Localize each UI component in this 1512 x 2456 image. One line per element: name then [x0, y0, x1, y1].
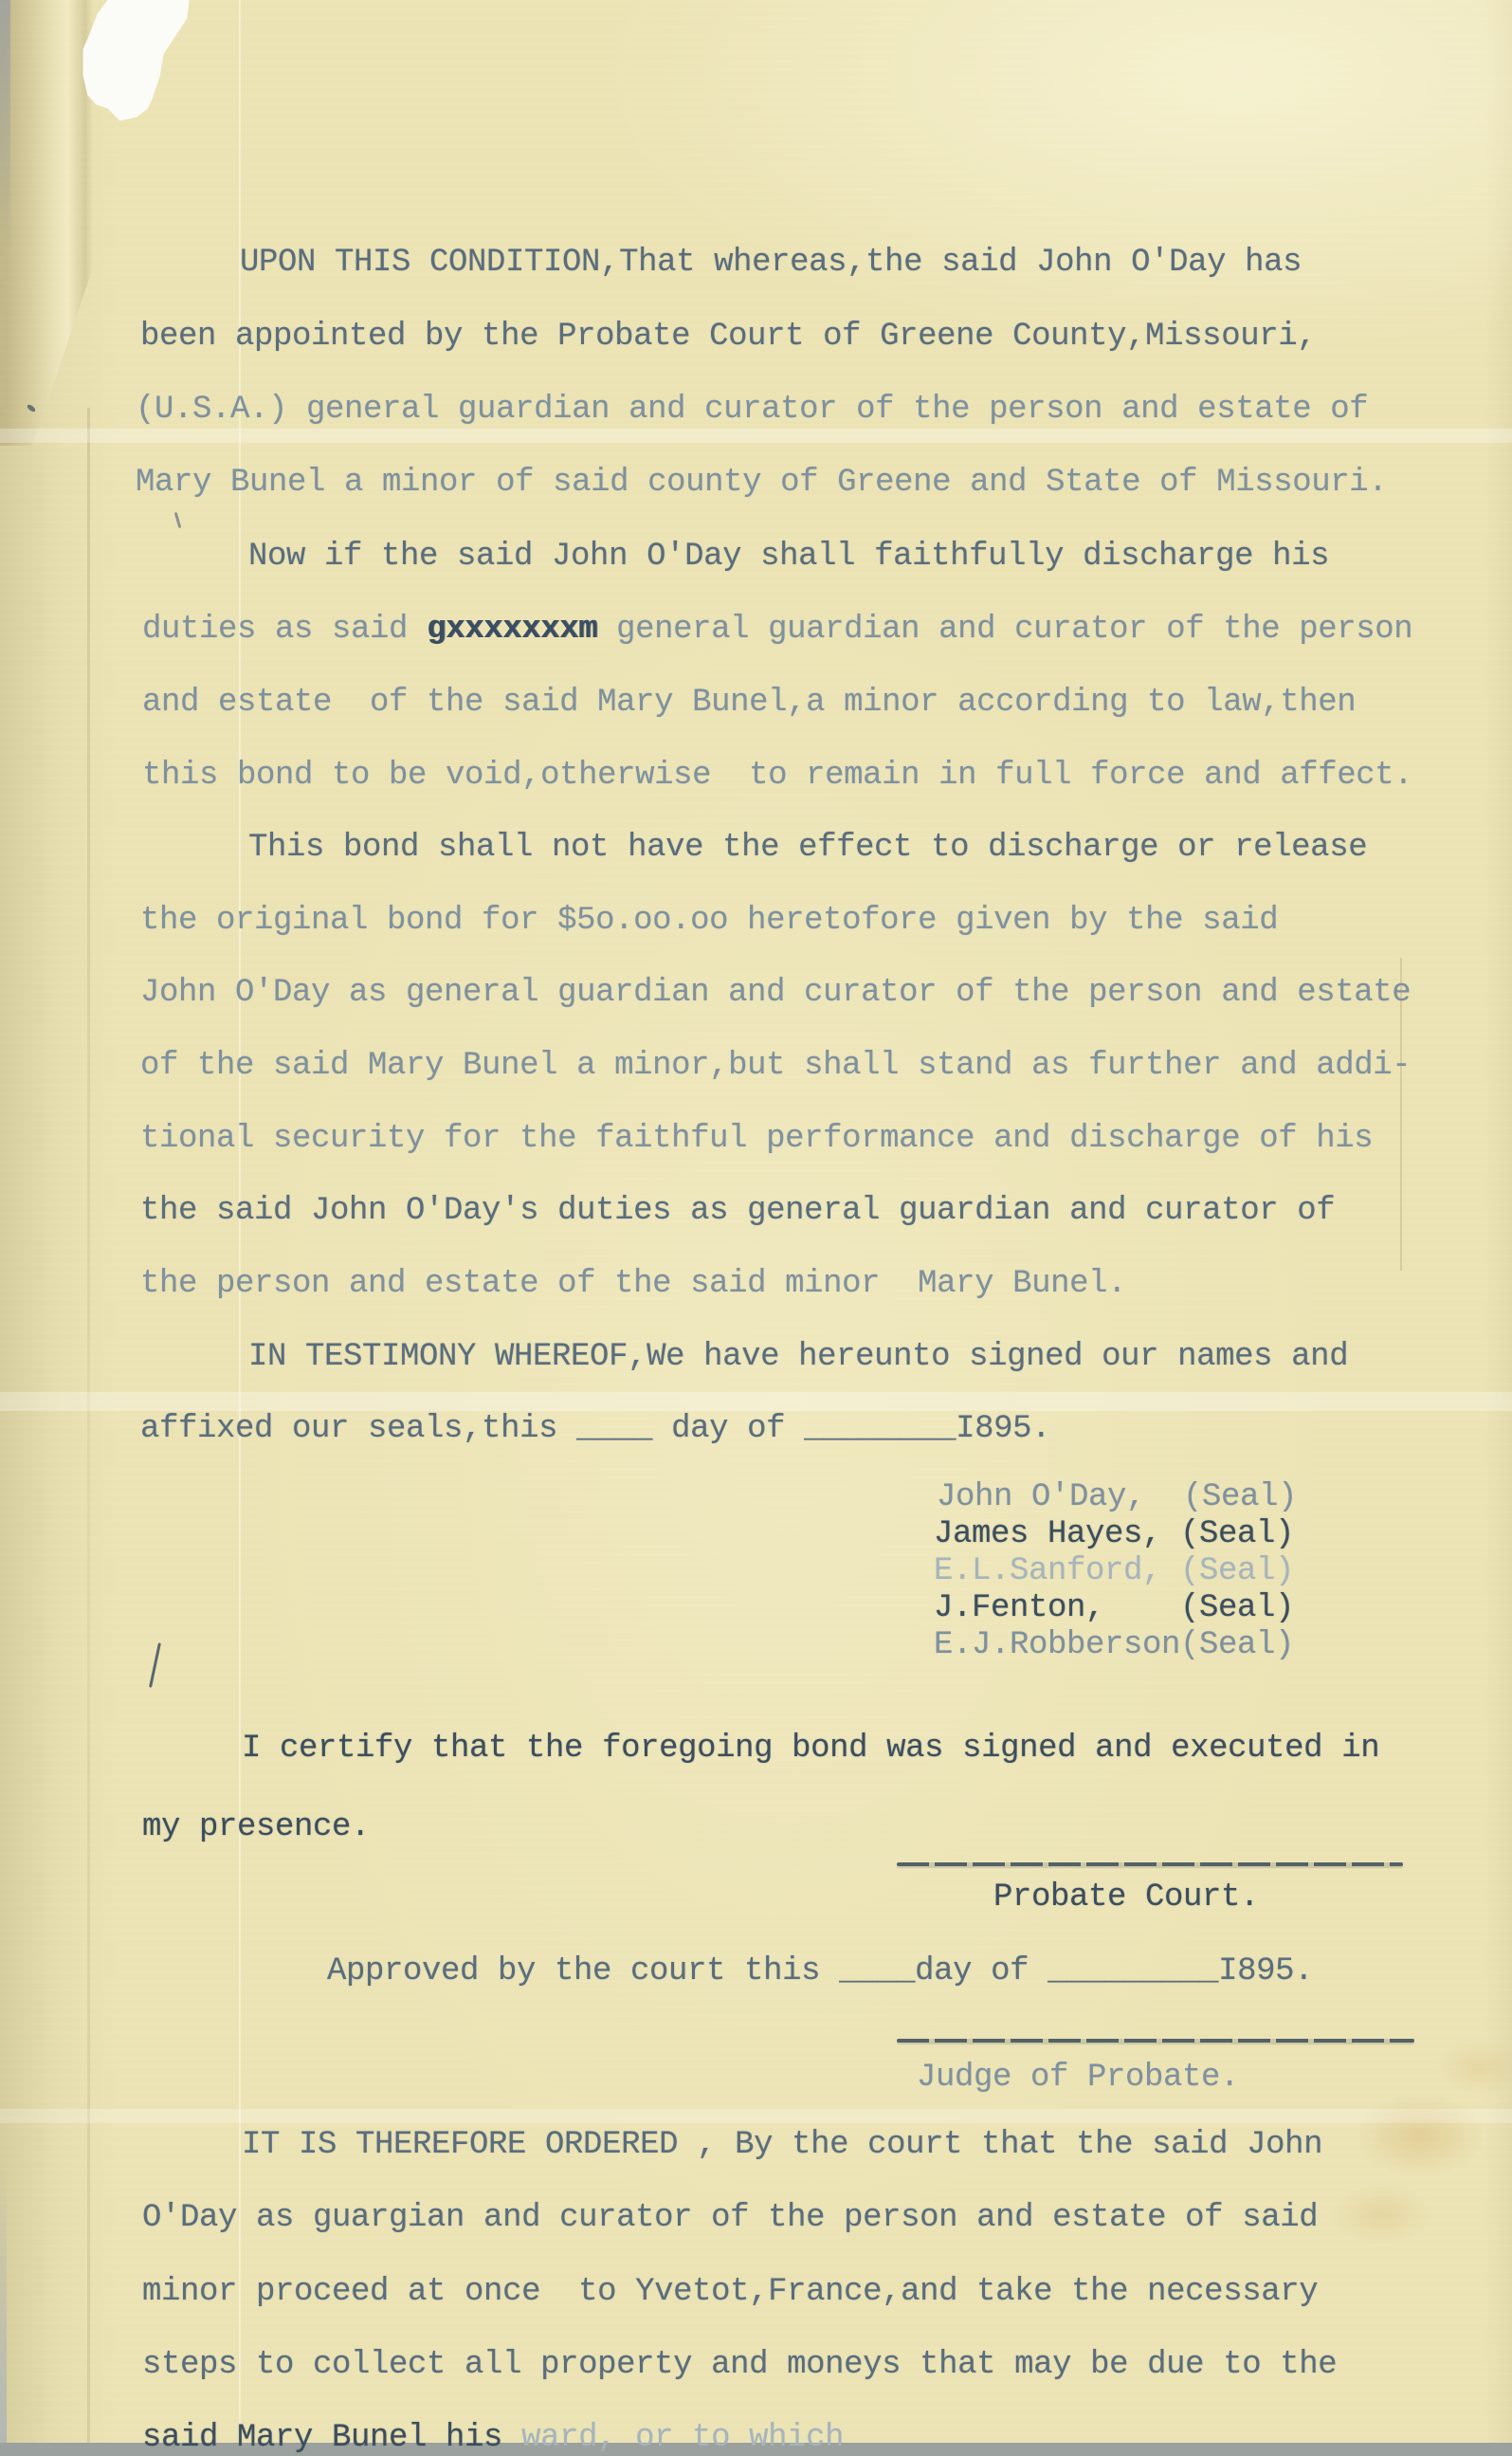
typewritten-line: Probate Court. — [993, 1879, 1259, 1915]
typewritten-line: and estate of the said Mary Bunel,a mino… — [142, 685, 1356, 721]
horizontal-scan-band — [0, 1392, 1512, 1411]
typewritten-line: this bond to be void,otherwise to remain… — [142, 758, 1412, 794]
horizontal-scan-band — [0, 2109, 1512, 2123]
typewritten-line: Now if the said John O'Day shall faithfu… — [248, 539, 1329, 575]
typewritten-line: James Hayes, (Seal) — [934, 1516, 1294, 1552]
typewritten-line: This bond shall not have the effect to d… — [248, 830, 1367, 866]
typewritten-line: minor proceed at once to Yvetot,France,a… — [142, 2274, 1318, 2310]
typewritten-line: the original bond for $5o.oo.oo heretofo… — [140, 903, 1278, 939]
typewritten-line: E.J.Robberson(Seal) — [934, 1627, 1294, 1663]
text-segment: said Mary Bunel his — [142, 2420, 521, 2443]
vertical-fold-crease — [87, 408, 90, 2443]
typewritten-line: John O'Day, (Seal) — [937, 1479, 1297, 1515]
typewritten-line: my presence. — [142, 1809, 370, 1845]
signature-rule — [897, 1862, 1403, 1866]
typewritten-line: Mary Bunel a minor of said county of Gre… — [136, 465, 1387, 501]
typewritten-line: O'Day as guargian and curator of the per… — [142, 2200, 1318, 2236]
text-segment: gxxxxxxxm — [427, 612, 597, 648]
typewritten-line: (U.S.A.) general guardian and curator of… — [136, 392, 1368, 428]
pen-mark — [149, 1642, 161, 1688]
typewritten-line: been appointed by the Probate Court of G… — [140, 319, 1316, 355]
typewritten-line: affixed our seals,this ____ day of _____… — [140, 1411, 1050, 1447]
typewritten-line: duties as said gxxxxxxxm general guardia… — [142, 612, 1412, 648]
torn-paper-patch — [80, 0, 191, 123]
folded-paper-edge — [0, 0, 93, 446]
typewritten-line: I certify that the foregoing bond was si… — [242, 1731, 1379, 1767]
typewritten-line: the person and estate of the said minor … — [140, 1266, 1126, 1302]
typewritten-line: said Mary Bunel his ward, or to which — [142, 2420, 844, 2443]
signature-rule — [897, 2039, 1414, 2043]
typewritten-line: IT IS THEREFORE ORDERED , By the court t… — [242, 2127, 1322, 2163]
typewritten-line: J.Fenton, (Seal) — [934, 1590, 1294, 1626]
text-segment: duties as said — [142, 612, 427, 648]
typewritten-line: steps to collect all property and moneys… — [142, 2347, 1337, 2383]
typewritten-line: the said John O'Day's duties as general … — [140, 1193, 1335, 1229]
typewritten-line: John O'Day as general guardian and curat… — [140, 975, 1411, 1011]
text-segment: general guardian and curator of the pers… — [597, 612, 1412, 648]
scanned-document-page: UPON THIS CONDITION,That whereas,the sai… — [0, 0, 1512, 2443]
typewritten-line: IN TESTIMONY WHEREOF,We have hereunto si… — [248, 1339, 1348, 1375]
typewritten-line: E.L.Sanford, (Seal) — [934, 1553, 1294, 1589]
typewritten-line: of the said Mary Bunel a minor,but shall… — [140, 1048, 1411, 1084]
pen-mark — [27, 403, 37, 412]
scan-edge-left-top — [0, 0, 10, 256]
pen-mark — [174, 512, 182, 528]
scan-edge-left-bottom — [0, 2162, 7, 2443]
typewritten-line: tional security for the faithful perform… — [140, 1121, 1373, 1157]
text-segment: ward, or to which — [521, 2420, 844, 2443]
typewritten-line: Approved by the court this ____day of __… — [327, 1953, 1313, 1989]
typewritten-line: UPON THIS CONDITION,That whereas,the sai… — [240, 245, 1302, 281]
horizontal-scan-band — [0, 429, 1512, 443]
typewritten-line: Judge of Probate. — [917, 2060, 1239, 2096]
